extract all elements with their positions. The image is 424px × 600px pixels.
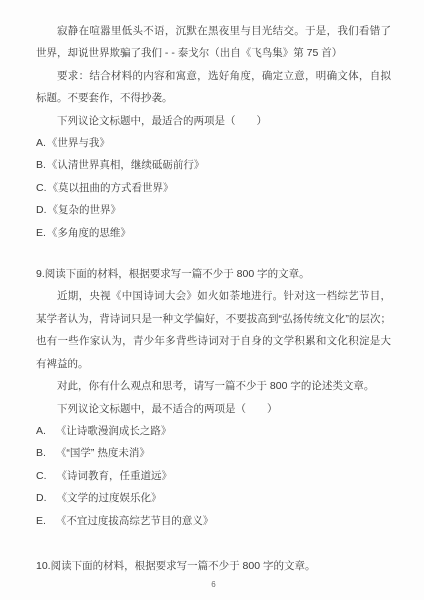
q10-section: 10.阅读下面的材料，根据要求写一篇不少于 800 字的文章。 <box>36 555 391 577</box>
option-text: 《世界与我》 <box>47 137 110 149</box>
q9-material: 近期，央视《中国诗词大会》如火如荼地进行。针对这一档综艺节目，某学者认为，背诗词… <box>36 285 391 375</box>
q9-prompt: 9.阅读下面的材料，根据要求写一篇不少于 800 字的文章。 <box>36 263 391 285</box>
option-text: 《诗词教育，任重道远》 <box>57 470 173 482</box>
option-label: A. <box>36 132 46 154</box>
q8-option-a: A.《世界与我》 <box>36 132 391 154</box>
q8-option-b: B.《认清世界真相，继续砥砺前行》 <box>36 154 391 176</box>
q9-option-e: E.《不宜过度拔高综艺节目的意义》 <box>36 510 391 532</box>
option-text: 《莫以扭曲的方式看世界》 <box>48 182 174 194</box>
q9-option-c: C.《诗词教育，任重道远》 <box>36 465 391 487</box>
q8-quote-material: 寂静在喧嚣里低头不语，沉默在黑夜里与目光结交。于是，我们看错了世界，却说世界欺骗… <box>36 20 391 65</box>
option-label: E. <box>36 510 46 532</box>
exam-document-page: 寂静在喧嚣里低头不语，沉默在黑夜里与目光结交。于是，我们看错了世界，却说世界欺骗… <box>0 0 424 600</box>
q10-prompt: 10.阅读下面的材料，根据要求写一篇不少于 800 字的文章。 <box>36 555 391 577</box>
option-label: E. <box>36 222 46 244</box>
q8-option-d: D.《复杂的世界》 <box>36 199 391 221</box>
option-label: B. <box>36 154 46 176</box>
option-label: C. <box>36 465 47 487</box>
q9-question-stem: 下列议论文标题中，最不适合的两项是（ ） <box>36 398 391 420</box>
option-text: 《让诗歌漫润成长之路》 <box>56 425 172 437</box>
q8-options-list: A.《世界与我》 B.《认清世界真相，继续砥砺前行》 C.《莫以扭曲的方式看世界… <box>36 132 391 244</box>
q8-option-e: E.《多角度的思维》 <box>36 222 391 244</box>
q9-option-d: D.《文学的过度娱乐化》 <box>36 487 391 509</box>
option-text: 《复杂的世界》 <box>48 204 122 216</box>
q9-option-b: B.《“国学” 热度未消》 <box>36 442 391 464</box>
q8-option-c: C.《莫以扭曲的方式看世界》 <box>36 177 391 199</box>
q9-task: 对此，你有什么观点和思考，请写一篇不少于 800 字的论述类文章。 <box>36 375 391 397</box>
option-text: 《认清世界真相，继续砥砺前行》 <box>47 159 205 171</box>
option-label: B. <box>36 442 46 464</box>
option-text: 《文学的过度娱乐化》 <box>57 492 162 504</box>
option-text: 《“国学” 热度未消》 <box>56 447 150 459</box>
q8-section: 寂静在喧嚣里低头不语，沉默在黑夜里与目光结交。于是，我们看错了世界，却说世界欺骗… <box>36 20 391 244</box>
option-label: D. <box>36 487 47 509</box>
q9-options-list: A.《让诗歌漫润成长之路》 B.《“国学” 热度未消》 C.《诗词教育，任重道远… <box>36 420 391 532</box>
q9-option-a: A.《让诗歌漫润成长之路》 <box>36 420 391 442</box>
option-label: C. <box>36 177 47 199</box>
option-text: 《多角度的思维》 <box>47 227 131 239</box>
option-label: A. <box>36 420 46 442</box>
option-text: 《不宜过度拔高综艺节目的意义》 <box>56 515 214 527</box>
page-number: 6 <box>36 579 391 591</box>
q9-section: 9.阅读下面的材料，根据要求写一篇不少于 800 字的文章。 近期，央视《中国诗… <box>36 263 391 532</box>
q8-requirement: 要求：结合材料的内容和寓意，选好角度，确定立意，明确文体，自拟标题。不要套作，不… <box>36 65 391 110</box>
option-label: D. <box>36 199 47 221</box>
q8-question-stem: 下列议论文标题中，最适合的两项是（ ） <box>36 110 391 132</box>
